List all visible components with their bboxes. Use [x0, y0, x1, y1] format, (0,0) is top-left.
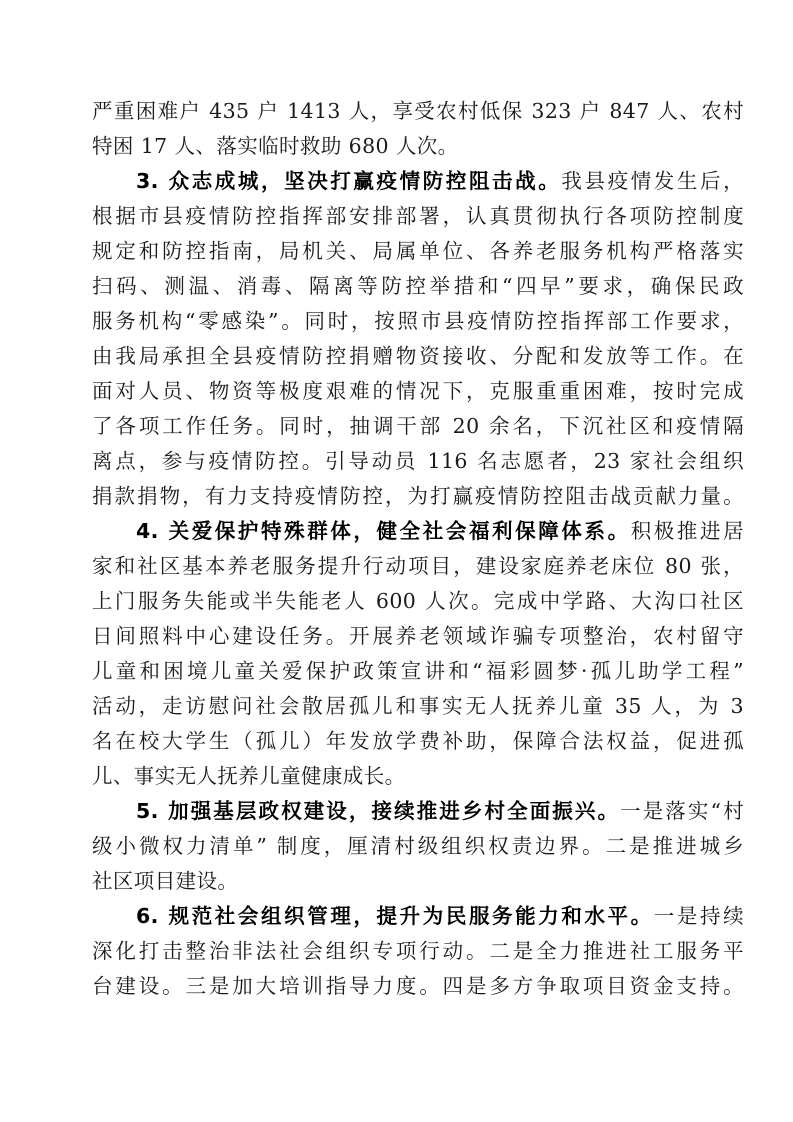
text-line: 台建设。三是加大培训指导力度。四是多方争取项目资金支持。: [92, 969, 744, 1004]
paragraph-epidemic-prevention: 3. 众志成城，坚决打赢疫情防控阻击战。我县疫情发生后， 根据市县疫情防控指挥部…: [92, 164, 744, 514]
text-line: 规定和防控指南，局机关、局属单位、各养老服务机构严格落实: [92, 234, 744, 269]
text-line: 社区项目建设。: [92, 864, 744, 899]
text-line: 儿、事实无人抚养儿童健康成长。: [92, 759, 744, 794]
text-run: 我县疫情发生后，: [561, 169, 744, 193]
paragraph-social-organizations: 6. 规范社会组织管理，提升为民服务能力和水平。一是持续 深化打击整治非法社会组…: [92, 899, 744, 1004]
text-line: 活动，走访慰问社会散居孤儿和事实无人抚养儿童 35 人，为 3: [92, 689, 744, 724]
paragraph-first-line: 5. 加强基层政权建设，接续推进乡村全面振兴。一是落实“村: [92, 794, 744, 829]
document-page: 严重困难户 435 户 1413 人，享受农村低保 323 户 847 人、农村…: [92, 94, 744, 1004]
paragraph-first-line: 6. 规范社会组织管理，提升为民服务能力和水平。一是持续: [92, 899, 744, 934]
text-line: 根据市县疫情防控指挥部安排部署，认真贯彻执行各项防控制度: [92, 199, 744, 234]
text-run: 积极推进居: [631, 519, 744, 543]
text-line: 了各项工作任务。同时，抽调干部 20 余名，下沉社区和疫情隔: [92, 409, 744, 444]
text-run: 一是落实“村: [620, 799, 744, 823]
text-line: 日间照料中心建设任务。开展养老领域诈骗专项整治，农村留守: [92, 619, 744, 654]
paragraph-first-line: 3. 众志成城，坚决打赢疫情防控阻击战。我县疫情发生后，: [92, 164, 744, 199]
text-line: 名在校大学生（孤儿）年发放学费补助，保障合法权益，促进孤: [92, 724, 744, 759]
paragraph-relief-continued: 严重困难户 435 户 1413 人，享受农村低保 323 户 847 人、农村…: [92, 94, 744, 164]
text-line: 严重困难户 435 户 1413 人，享受农村低保 323 户 847 人、农村: [92, 94, 744, 129]
text-line: 特困 17 人、落实临时救助 680 人次。: [92, 129, 744, 164]
text-line: 服务机构“零感染”。同时，按照市县疫情防控指挥部工作要求，: [92, 304, 744, 339]
paragraph-special-groups-welfare: 4. 关爱保护特殊群体，健全社会福利保障体系。积极推进居 家和社区基本养老服务提…: [92, 514, 744, 794]
text-line: 家和社区基本养老服务提升行动项目，建设家庭养老床位 80 张，: [92, 549, 744, 584]
paragraph-grassroots-governance: 5. 加强基层政权建设，接续推进乡村全面振兴。一是落实“村 级小微权力清单” 制…: [92, 794, 744, 899]
text-line: 面对人员、物资等极度艰难的情况下，克服重重困难，按时完成: [92, 374, 744, 409]
paragraph-first-line: 4. 关爱保护特殊群体，健全社会福利保障体系。积极推进居: [92, 514, 744, 549]
section-heading: 4. 关爱保护特殊群体，健全社会福利保障体系。: [136, 519, 631, 543]
text-line: 深化打击整治非法社会组织专项行动。二是全力推进社工服务平: [92, 934, 744, 969]
section-heading: 6. 规范社会组织管理，提升为民服务能力和水平。: [136, 904, 654, 928]
text-line: 离点，参与疫情防控。引导动员 116 名志愿者，23 家社会组织: [92, 444, 744, 479]
text-line: 由我局承担全县疫情防控捐赠物资接收、分配和发放等工作。在: [92, 339, 744, 374]
text-line: 级小微权力清单” 制度，厘清村级组织权责边界。二是推进城乡: [92, 829, 744, 864]
text-line: 上门服务失能或半失能老人 600 人次。完成中学路、大沟口社区: [92, 584, 744, 619]
section-heading: 5. 加强基层政权建设，接续推进乡村全面振兴。: [136, 799, 620, 823]
text-line: 儿童和困境儿童关爱保护政策宣讲和“福彩圆梦·孤儿助学工程”: [92, 654, 744, 689]
text-run: 一是持续: [654, 904, 744, 928]
section-heading: 3. 众志成城，坚决打赢疫情防控阻击战。: [136, 169, 561, 193]
text-line: 扫码、测温、消毒、隔离等防控举措和“四早”要求，确保民政: [92, 269, 744, 304]
text-line: 捐款捐物，有力支持疫情防控，为打赢疫情防控阻击战贡献力量。: [92, 479, 744, 514]
